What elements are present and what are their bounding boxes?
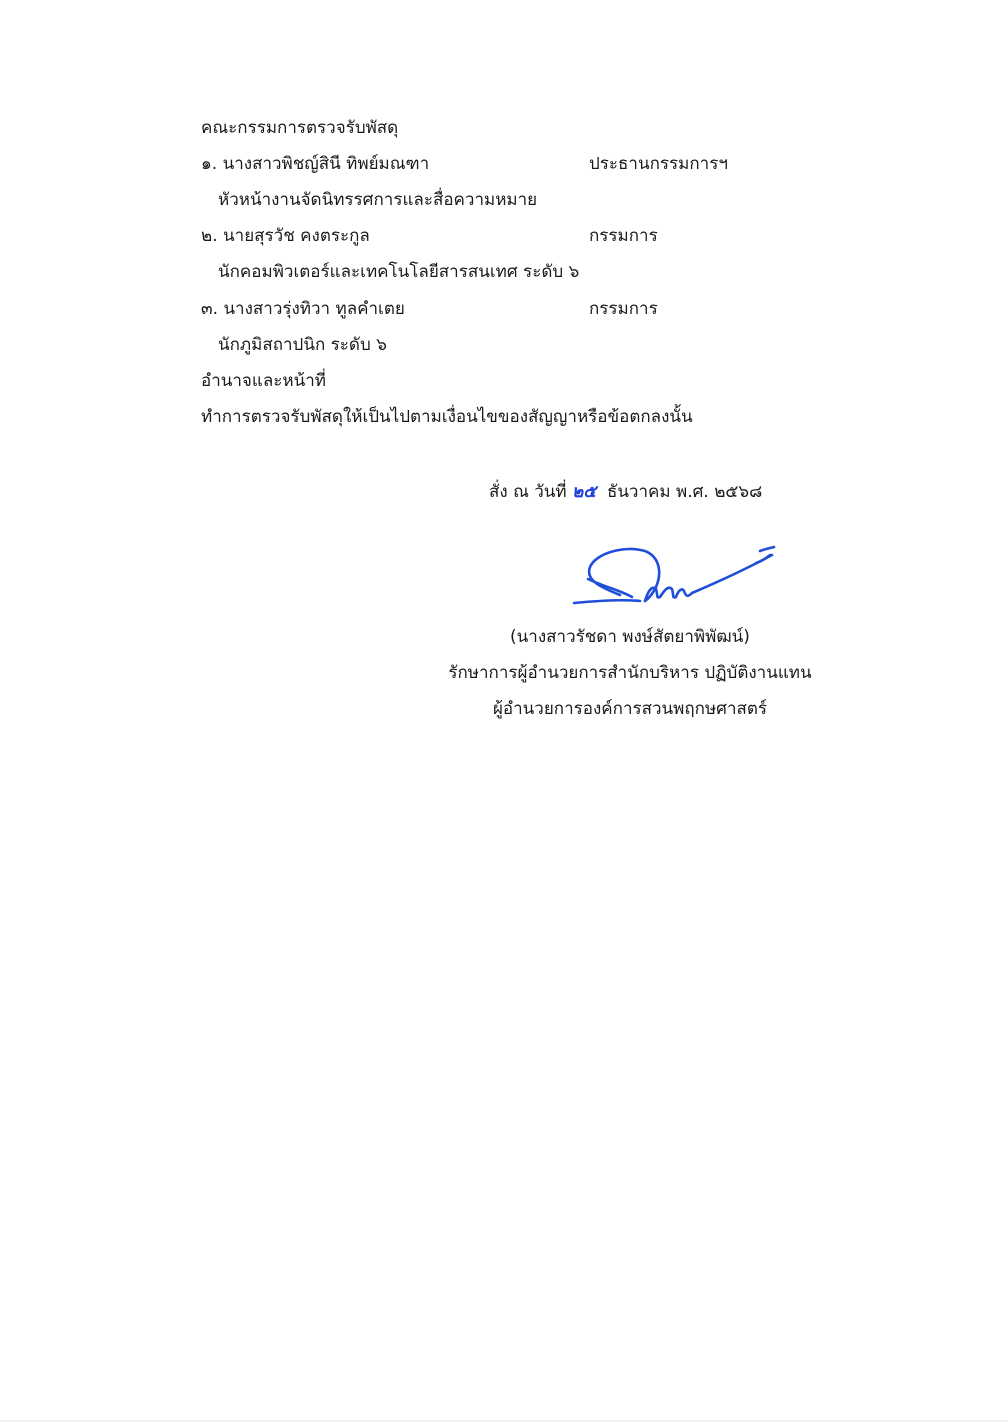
order-date-day: ๒๕ — [572, 482, 596, 502]
signatory-name: (นางสาวรัชดา พงษ์สัตยาพิพัฒน์) — [440, 625, 820, 649]
member-1-role: ประธานกรรมการฯ — [589, 152, 728, 176]
member-number: ๑. — [201, 154, 217, 174]
member-2-position: นักคอมพิวเตอร์และเทคโนโลยีสารสนเทศ ระดับ… — [218, 260, 579, 284]
member-1-position: หัวหน้างานจัดนิทรรศการและสื่อความหมาย — [218, 188, 537, 212]
order-date-prefix: สั่ง ณ วันที่ — [489, 482, 567, 502]
member-3-role: กรรมการ — [589, 297, 658, 321]
page-bottom-edge — [0, 1420, 1008, 1422]
member-number: ๒. — [201, 226, 218, 246]
member-2-name-line: ๒. นายสุรวัช คงตระกูล — [201, 224, 370, 248]
member-name: นายสุรวัช คงตระกูล — [223, 226, 370, 246]
duties-heading: อำนาจและหน้าที่ — [201, 369, 326, 393]
duties-text: ทำการตรวจรับพัสดุให้เป็นไปตามเงื่อนไขของ… — [201, 405, 693, 429]
member-name: นางสาวรุ่งทิวา ทูลคำเตย — [223, 299, 404, 319]
member-name: นางสาวพิชญ์สินี ทิพย์มณฑา — [223, 154, 430, 174]
signatory-title-line2: ผู้อำนวยการองค์การสวนพฤกษศาสตร์ — [440, 697, 820, 721]
order-date-month-year: ธันวาคม พ.ศ. ๒๕๖๘ — [607, 482, 762, 502]
member-number: ๓. — [201, 299, 218, 319]
order-date-line: สั่ง ณ วันที่ ๒๕ ธันวาคม พ.ศ. ๒๕๖๘ — [489, 480, 762, 504]
member-3-name-line: ๓. นางสาวรุ่งทิวา ทูลคำเตย — [201, 297, 405, 321]
signatory-title-line1: รักษาการผู้อำนวยการสำนักบริหาร ปฏิบัติงา… — [440, 661, 820, 685]
member-3-position: นักภูมิสถาปนิก ระดับ ๖ — [218, 333, 387, 357]
handwritten-signature-icon — [560, 535, 790, 615]
document-page: คณะกรรมการตรวจรับพัสดุ ๑. นางสาวพิชญ์สิน… — [0, 0, 1008, 1426]
committee-heading: คณะกรรมการตรวจรับพัสดุ — [201, 116, 398, 140]
member-1-name-line: ๑. นางสาวพิชญ์สินี ทิพย์มณฑา — [201, 152, 429, 176]
member-2-role: กรรมการ — [589, 224, 658, 248]
